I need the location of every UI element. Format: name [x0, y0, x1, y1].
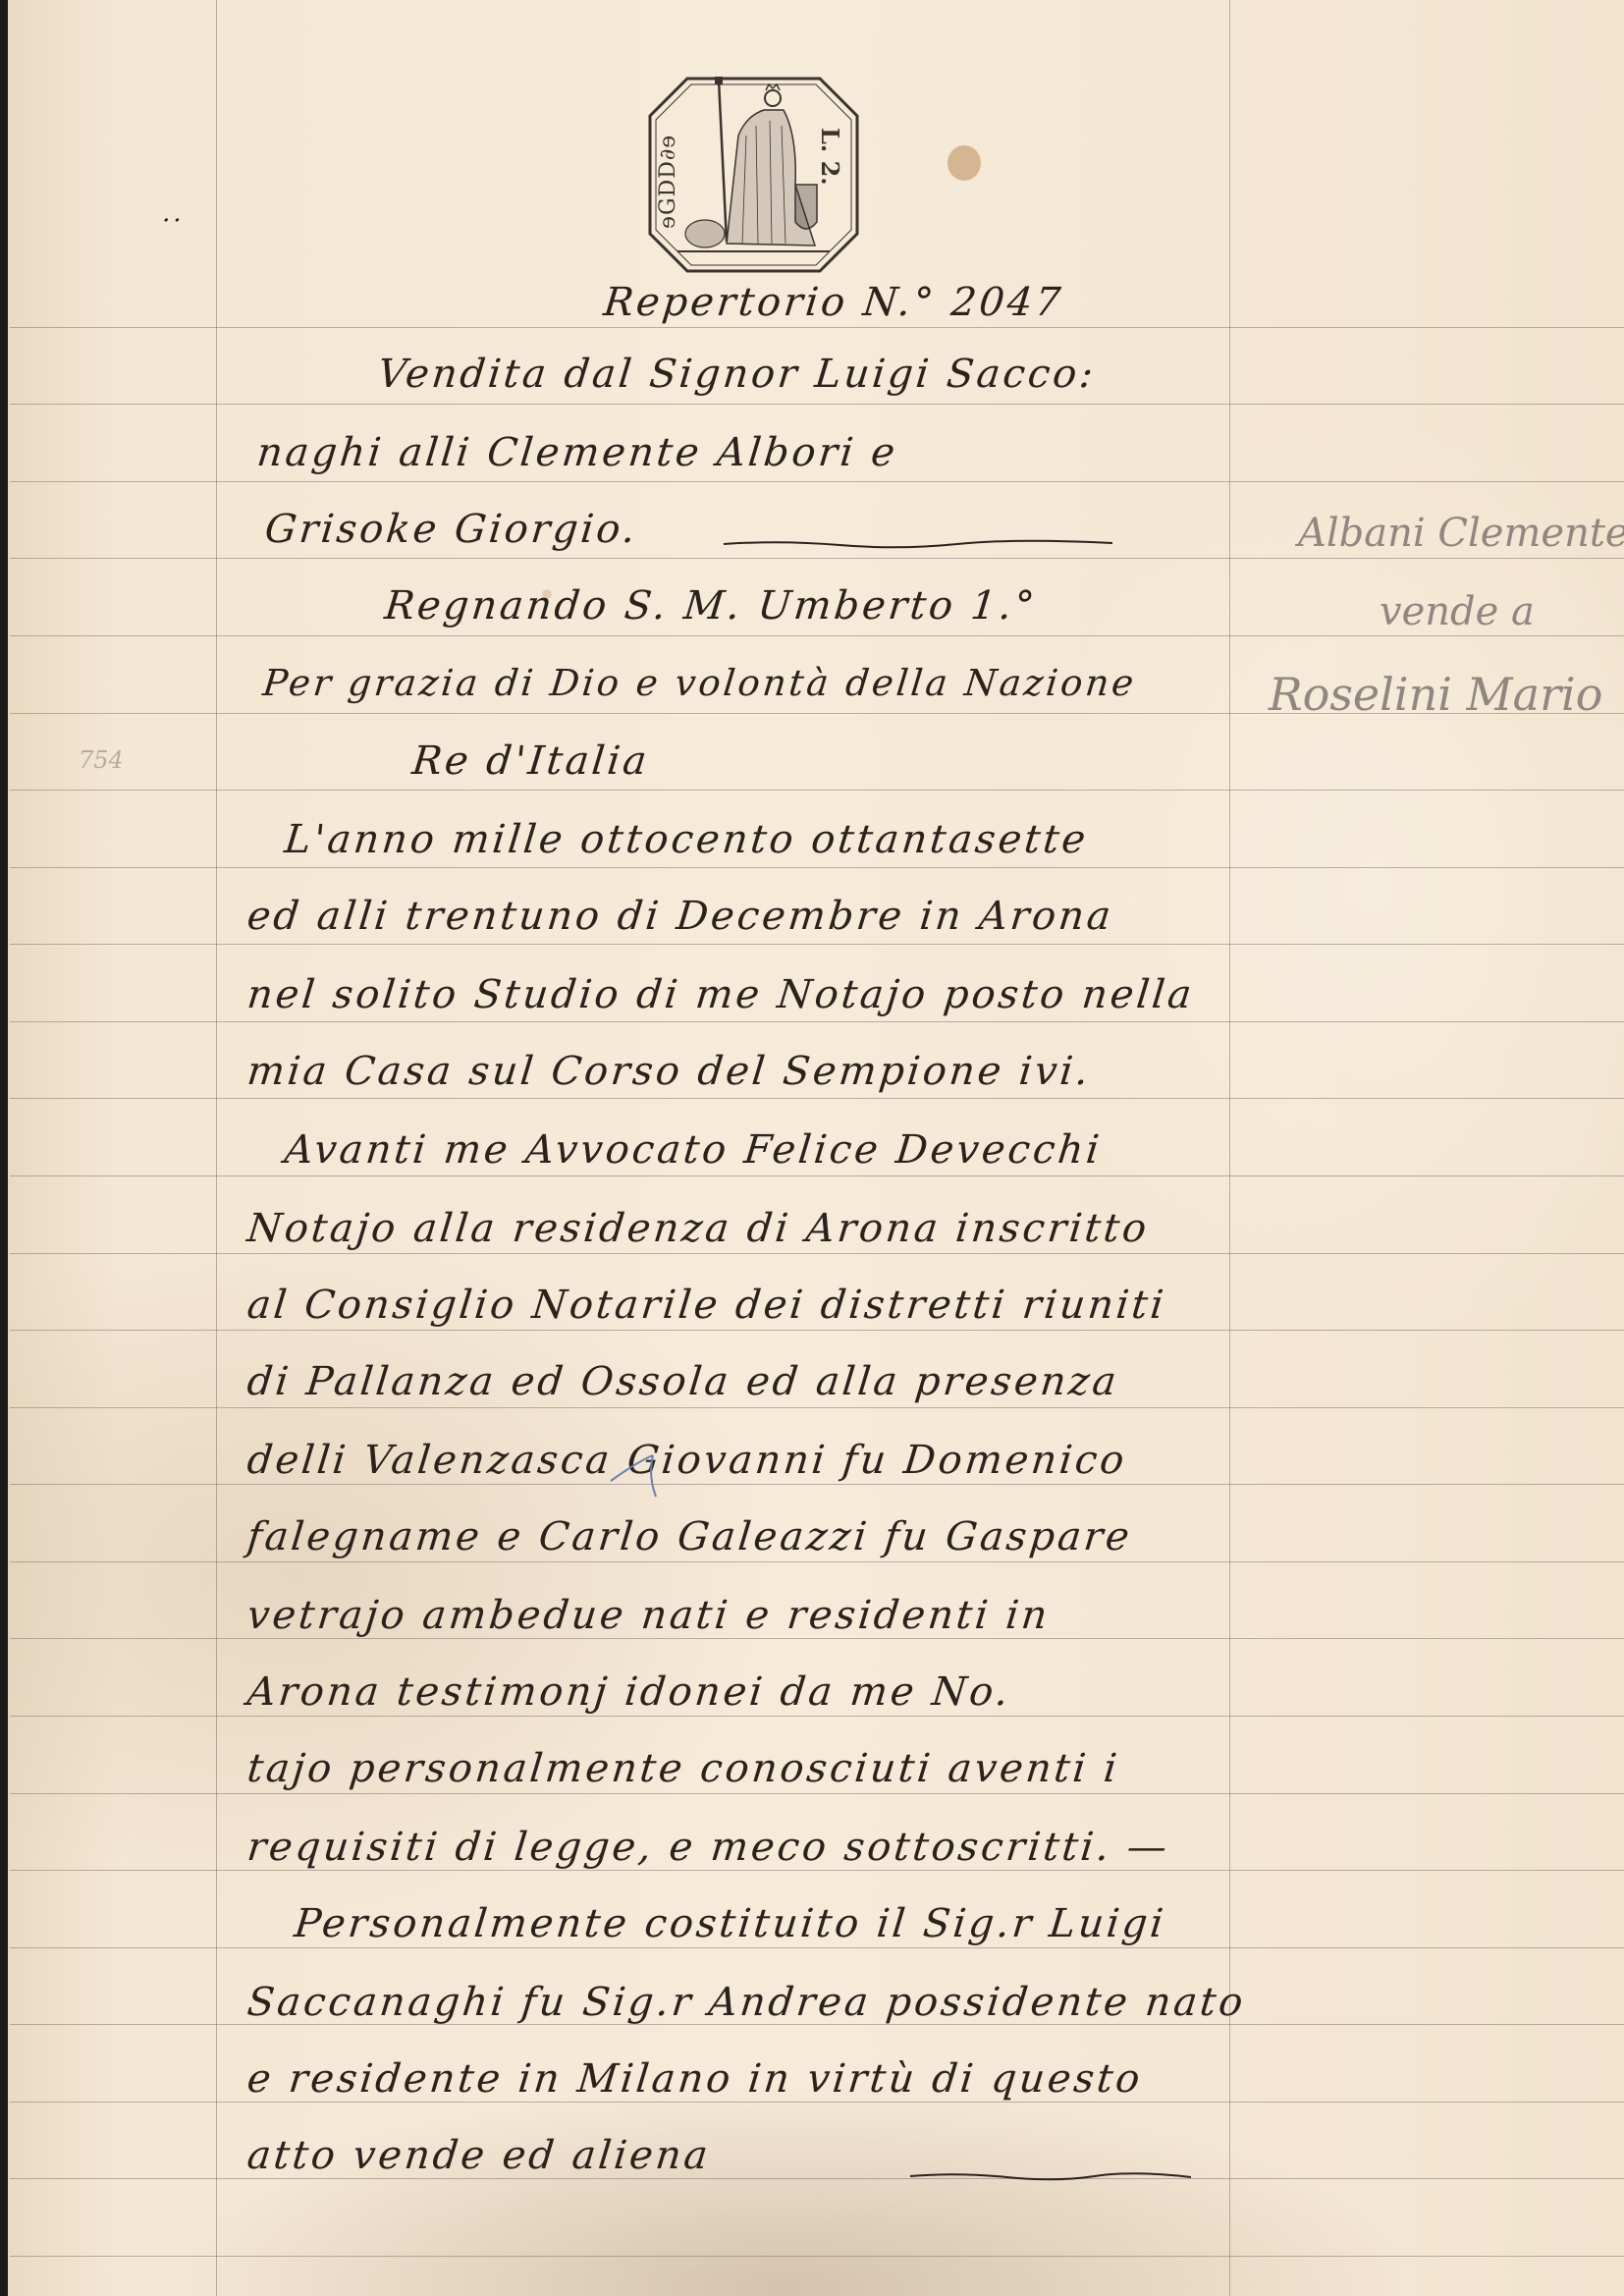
rule-line: [10, 1175, 1624, 1176]
right-margin-rule: [1229, 0, 1230, 2296]
rule-line: [10, 404, 1624, 405]
body-line: Saccanaghi fu Sig.r Andrea possidente na…: [245, 1980, 1248, 2025]
stamp-text-left: ɘGDD∂ɘ: [656, 128, 695, 236]
rule-line: [10, 1870, 1624, 1871]
ink-mark: ··: [160, 206, 186, 236]
body-line: Avanti me Avvocato Felice Devecchi: [283, 1127, 1105, 1173]
body-line: vetrajo ambedue nati e residenti in: [245, 1593, 1053, 1638]
body-line: tajo personalmente conosciuti aventi i: [245, 1746, 1122, 1791]
body-line: mia Casa sul Corso del Sempione ivi.: [245, 1049, 1094, 1094]
rule-line: [10, 1330, 1624, 1331]
title-line-2: naghi alli Clemente Albori e: [255, 430, 900, 475]
rule-line: [10, 867, 1624, 868]
flourish-line: [722, 538, 1114, 550]
body-line: e residente in Milano in virtù di questo: [245, 2056, 1145, 2102]
flourish-line: [908, 2170, 1193, 2182]
rule-line: [10, 1407, 1624, 1408]
rule-line: [10, 1021, 1624, 1022]
rule-line: [10, 1638, 1624, 1639]
body-line: ed alli trentuno di Decembre in Arona: [245, 894, 1116, 939]
left-margin-mark: 754: [79, 746, 124, 774]
scan-left-edge: [0, 0, 8, 2296]
left-margin-rule: [216, 0, 217, 2296]
rule-line: [10, 1098, 1624, 1099]
rule-line: [10, 558, 1624, 559]
rule-line: [10, 1561, 1624, 1562]
title-line-1: Vendita dal Signor Luigi Sacco:: [376, 352, 1099, 397]
repertorio-heading: Repertorio N.° 2047: [602, 280, 1066, 325]
rule-line: [10, 481, 1624, 482]
rule-line: [10, 1484, 1624, 1485]
body-line: Arona testimonj idonei da me No.: [245, 1669, 1013, 1715]
body-line: nel solito Studio di me Notajo posto nel…: [245, 972, 1197, 1017]
body-line: Personalmente costituito il Sig.r Luigi: [293, 1901, 1168, 1946]
rule-line: [10, 2256, 1624, 2257]
invocation-line-1: Regnando S. M. Umberto 1.°: [383, 583, 1040, 629]
title-line-3: Grisoke Giorgio.: [263, 507, 640, 552]
rule-line: [10, 635, 1624, 636]
blue-pencil-mark: [609, 1451, 677, 1501]
body-line: atto vende ed aliena: [245, 2133, 713, 2178]
body-line: falegname e Carlo Galeazzi fu Gaspare: [245, 1514, 1135, 1559]
invocation-line-3: Re d'Italia: [410, 738, 652, 784]
margin-note-line-3: Roselini Mario: [1269, 668, 1602, 721]
body-line: di Pallanza ed Ossola ed alla presenza: [245, 1359, 1121, 1404]
stamp-value: L. 2.: [815, 128, 844, 206]
rule-line: [10, 2102, 1624, 2103]
rule-line: [10, 944, 1624, 945]
rule-line: [10, 1716, 1624, 1717]
body-line: Notajo alla residenza di Arona inscritto: [245, 1206, 1152, 1251]
invocation-line-2: Per grazia di Dio e volontà della Nazion…: [261, 662, 1139, 704]
margin-note-line-2: vende a: [1380, 589, 1535, 634]
rule-line: [10, 327, 1624, 328]
rule-line: [10, 1253, 1624, 1254]
body-line: al Consiglio Notarile dei distretti riun…: [245, 1283, 1168, 1328]
rule-line: [10, 1947, 1624, 1948]
rule-line: [10, 790, 1624, 791]
body-line: L'anno mille ottocento ottantasette: [283, 817, 1091, 862]
rule-line: [10, 1793, 1624, 1794]
margin-note-line-1: Albani Clemente: [1298, 511, 1624, 556]
paper-stain: [947, 145, 981, 181]
body-line: delli Valenzasca Giovanni fu Domenico: [245, 1438, 1129, 1483]
body-line: requisiti di legge, e meco sottoscritti.…: [245, 1825, 1172, 1870]
rule-line: [10, 2178, 1624, 2179]
